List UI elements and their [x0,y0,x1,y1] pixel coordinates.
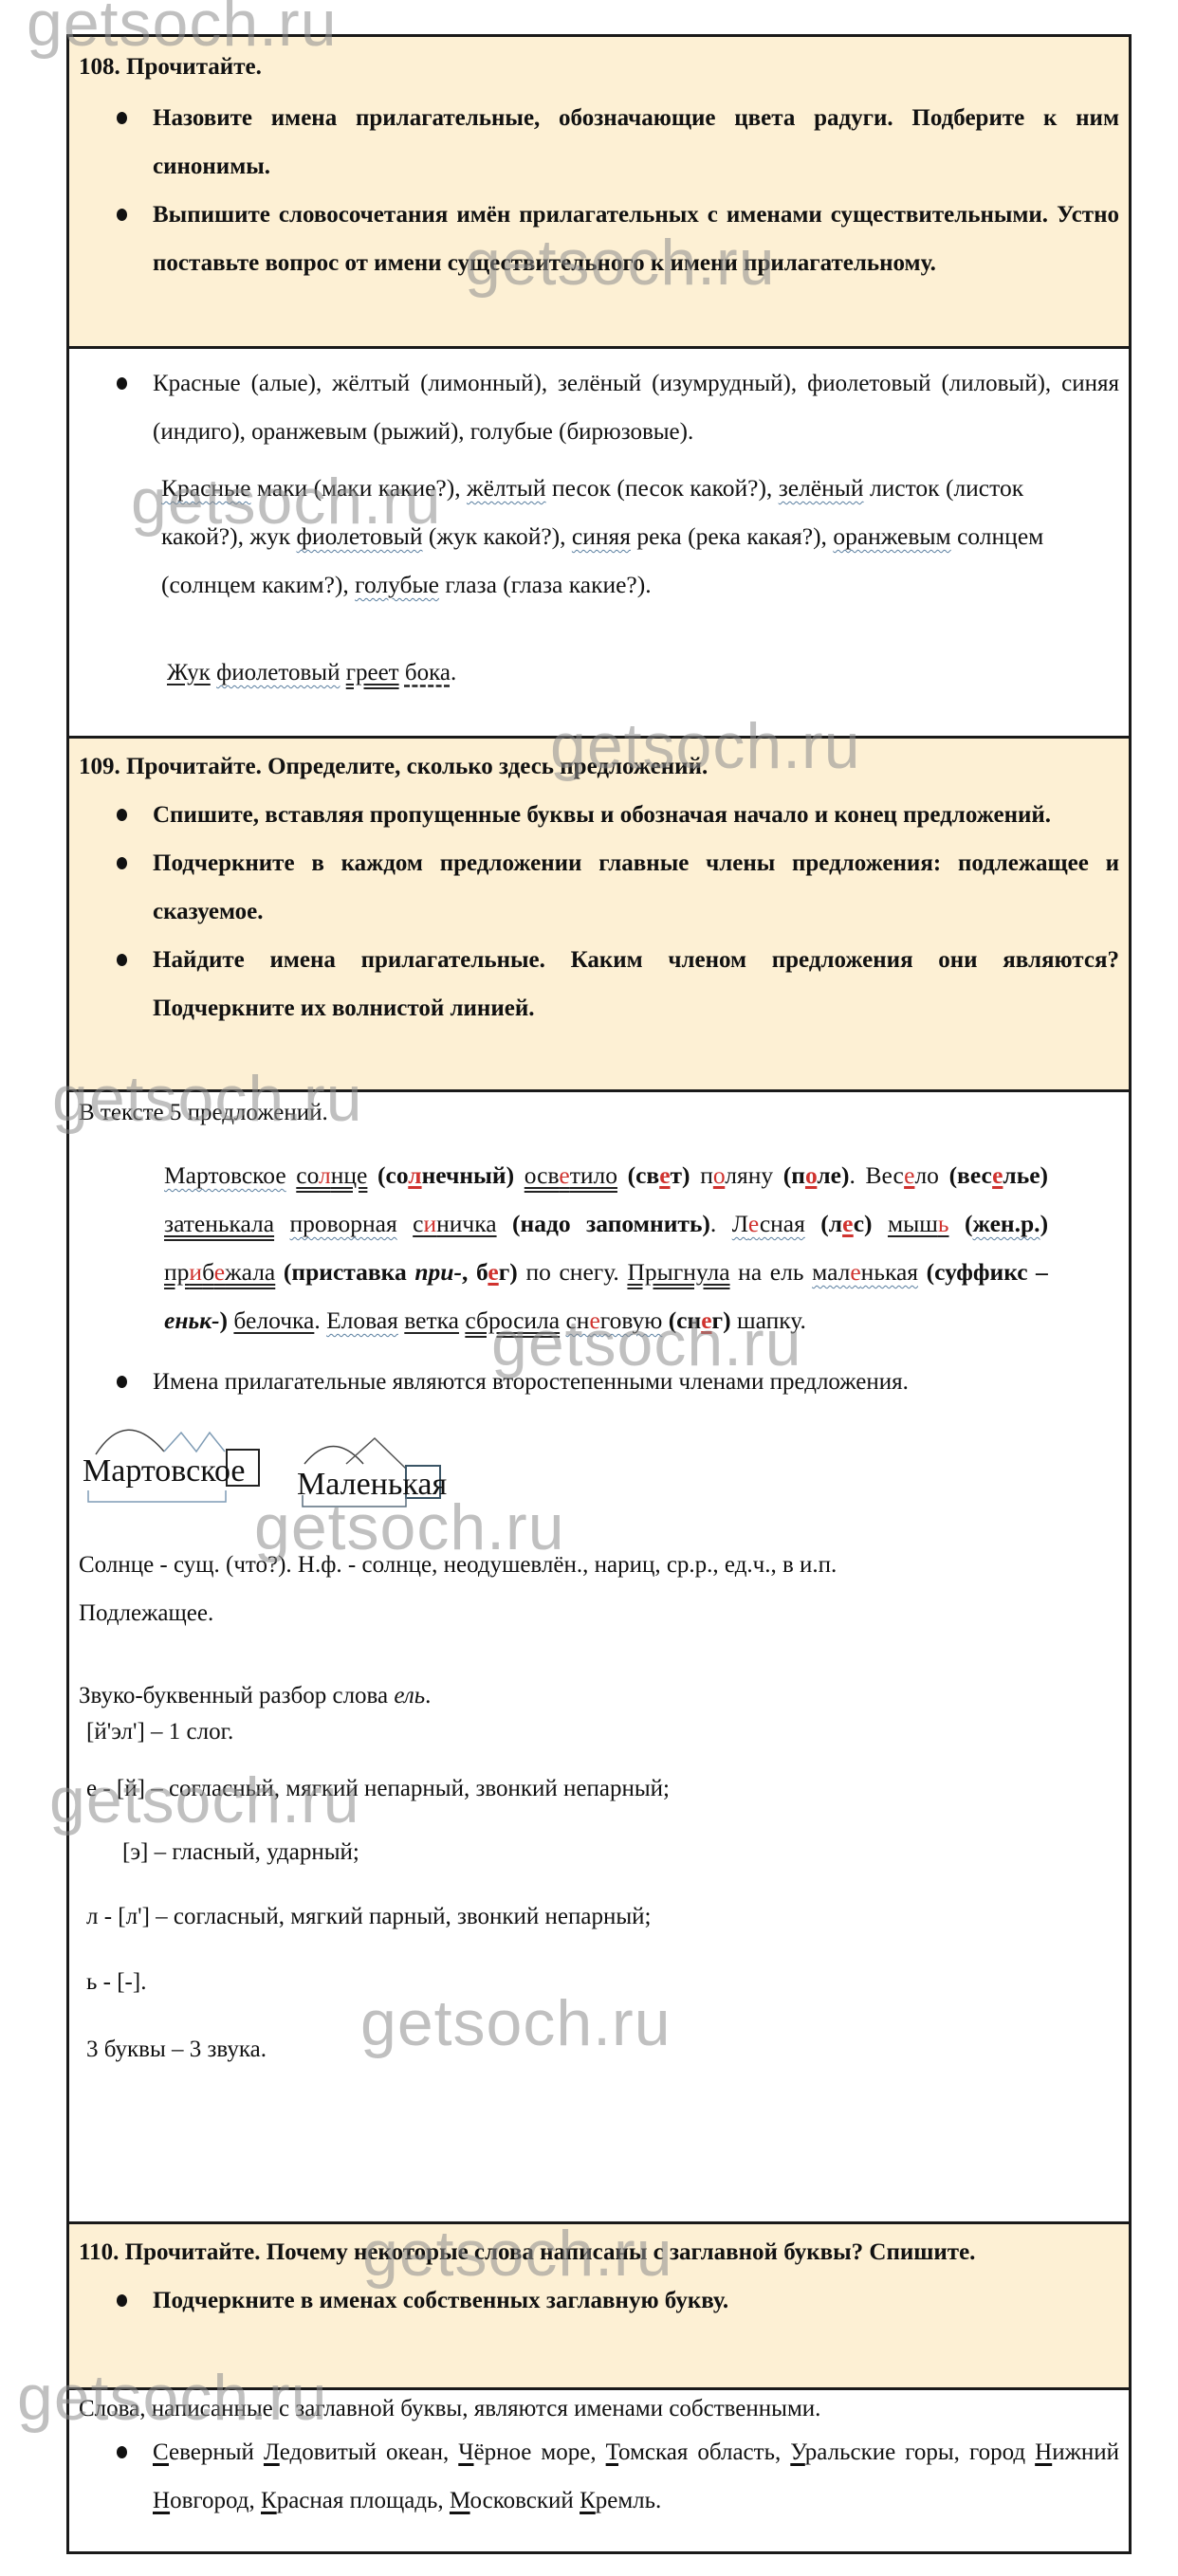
exercise-109-answer: В тексте 5 предложений. Мартовское солнц… [69,1092,1129,2224]
exercise-title: 109. Прочитайте. Определите, сколько зде… [69,742,1129,791]
exercise-title: 110. Прочитайте. Почему некоторые слова … [69,2228,1129,2276]
task-bullet: Найдите имена прилагательные. Каким член… [69,936,1129,1032]
adjective: оранжевым [833,522,950,550]
scheme-word: Мартовское [83,1453,246,1489]
conclusion-bullet: Имена прилагательные являются второстепе… [69,1358,1129,1406]
predicate: греет [346,660,399,685]
parsed-sentence: Жук фиолетовый греет бока. [69,609,1129,697]
answer-intro: Слова, написанные с заглавной буквы, явл… [69,2390,1129,2428]
task-bullet: Спишите, вставляя пропущенные буквы и об… [69,791,1129,839]
morpheme-scheme: Мартовское Маленькая [69,1412,1129,1516]
adjective: фиолетовый [216,660,340,685]
adjective: фиолетовый [297,522,423,550]
adjective: голубые [355,571,439,598]
adjective: жёлтый [467,474,546,502]
adjective: Красные [161,474,251,502]
proper-names-bullet: Северный Ледовитый океан, Чёрное море, Т… [69,2428,1129,2525]
phrase-list: Красные маки (маки какие?), жёлтый песок… [69,456,1129,609]
scheme-word: Маленькая [297,1467,447,1503]
exercise-108-task: 108. Прочитайте. Назовите имена прилагат… [69,37,1129,349]
task-bullet: Подчеркните в именах собственных заглавн… [69,2276,1129,2325]
answer-bullet: Красные (алые), жёлтый (лимонный), зелён… [69,359,1129,456]
exercise-110-answer: Слова, написанные с заглавной буквы, явл… [69,2390,1129,2551]
corrected-text: Мартовское солнце (солнечный) осветило (… [69,1134,1129,1344]
exercise-109-task: 109. Прочитайте. Определите, сколько зде… [69,739,1129,1092]
task-bullet: Подчеркните в каждом предложении главные… [69,839,1129,936]
subject: Жук [167,660,211,685]
task-bullet: Назовите имена прилагательные, обозначаю… [69,94,1129,191]
adjective: зелёный [779,474,864,502]
phonetic-lines: [й'эл'] – 1 слог. е - [й] – согласный, м… [69,1709,1129,2085]
exercise-110-task: 110. Прочитайте. Почему некоторые слова … [69,2224,1129,2390]
exercise-table: 108. Прочитайте. Назовите имена прилагат… [66,34,1132,2554]
answer-intro: В тексте 5 предложений. [69,1092,1129,1134]
exercise-108-answer: Красные (алые), жёлтый (лимонный), зелён… [69,349,1129,739]
adjective: синяя [572,522,631,550]
exercise-title: 108. Прочитайте. [69,41,1129,94]
morphological-parse: Солнце - сущ. (что?). Н.ф. - солнце, нео… [69,1516,1129,1637]
task-bullet: Выпишите словосочетания имён прилагатель… [69,191,1129,287]
object: бока [405,660,451,685]
